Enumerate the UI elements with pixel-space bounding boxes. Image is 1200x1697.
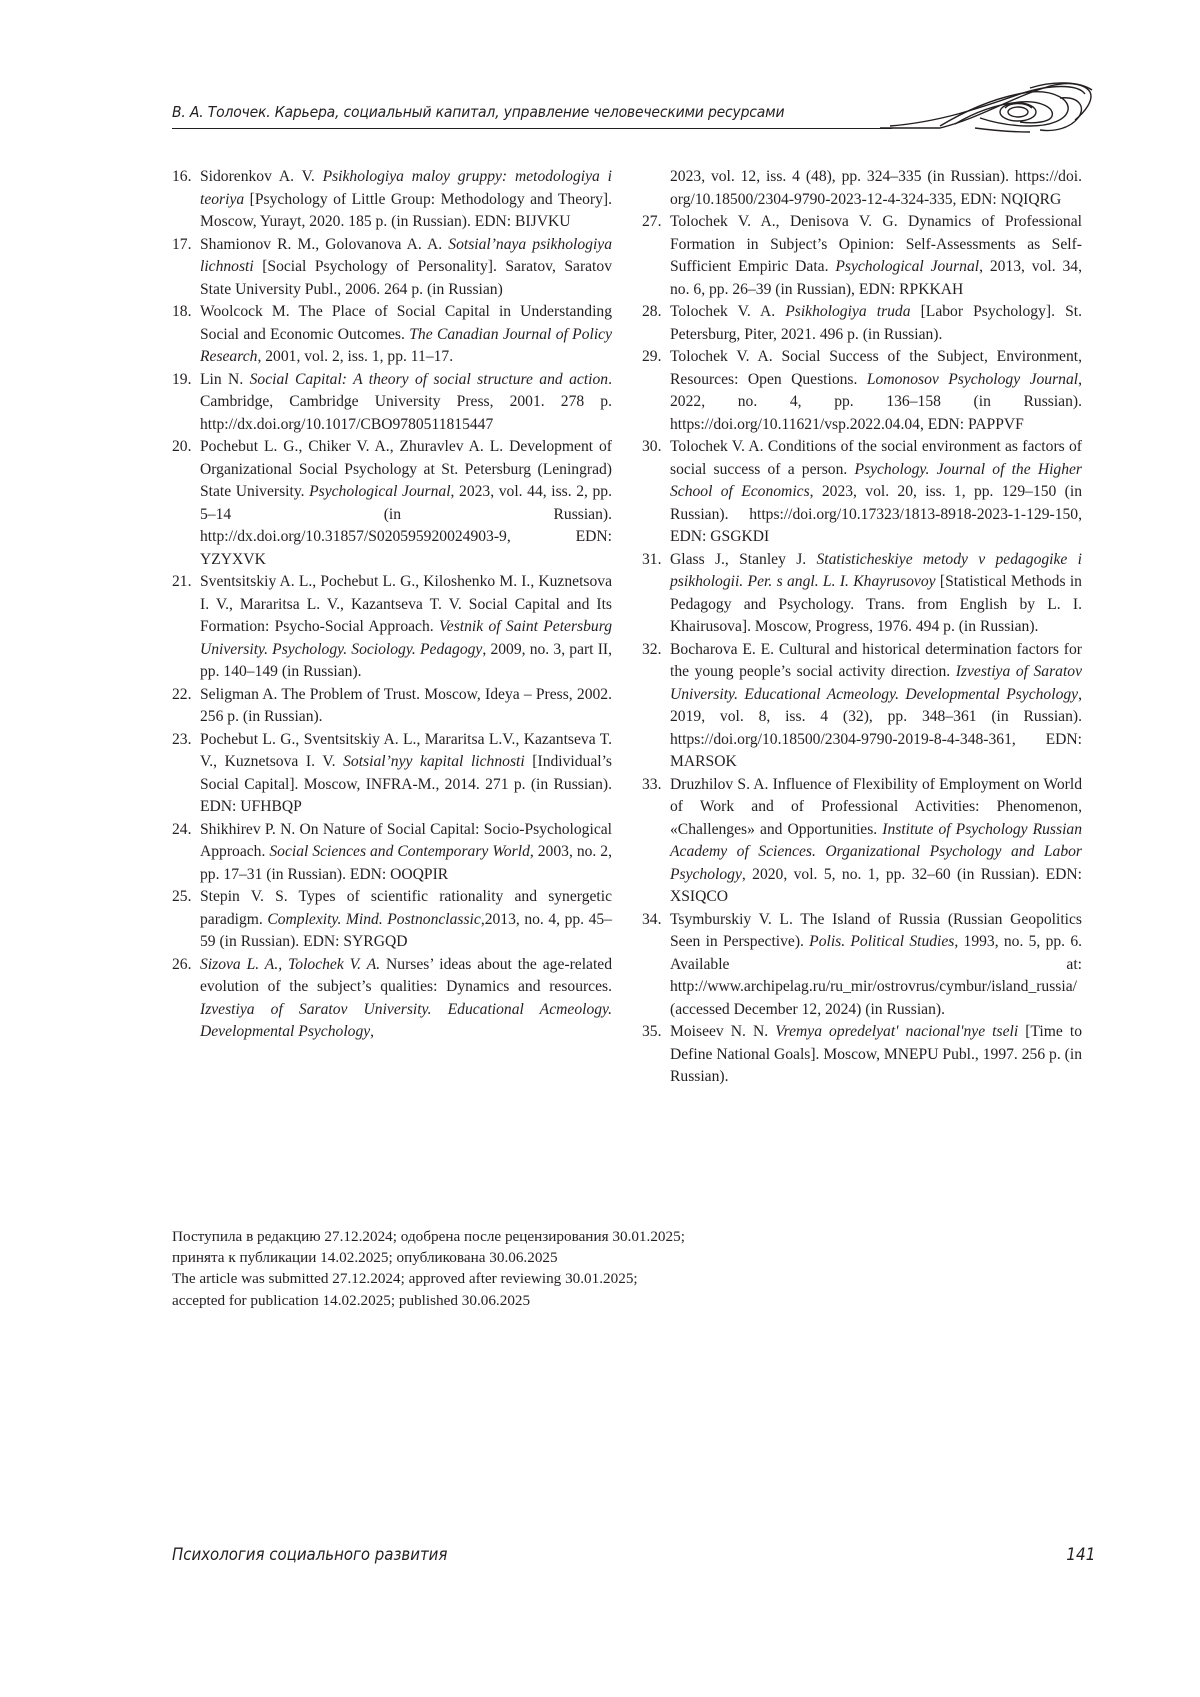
- reference-item: 25.Stepin V. S. Types of scientific rati…: [172, 886, 612, 954]
- reference-item: 35.Moiseev N. N. Vremya opredelyat' naci…: [642, 1021, 1082, 1089]
- reference-item: 24.Shikhirev P. N. On Nature of Social C…: [172, 819, 612, 887]
- reference-text: Glass J., Stanley J.: [670, 551, 816, 568]
- reference-item: 30.Tolochek V. A. Conditions of the soci…: [642, 436, 1082, 549]
- reference-title-italic: Izvestiya of Saratov University. Educati…: [200, 1001, 612, 1041]
- history-ru-line1: Поступила в редакцию 27.12.2024; одобрен…: [172, 1226, 872, 1247]
- reference-number: 16.: [172, 166, 192, 189]
- page-number: 141: [1066, 1545, 1095, 1565]
- reference-item: 26.Sizova L. A., Tolochek V. A. Nurses’ …: [172, 954, 612, 1044]
- reference-number: 34.: [642, 909, 662, 932]
- reference-title-italic: Psikhologiya truda: [785, 303, 910, 320]
- history-en-line2: accepted for publication 14.02.2025; pub…: [172, 1290, 872, 1311]
- reference-title-italic: Complexity. Mind. Postnonclassic: [267, 911, 480, 928]
- reference-number: 22.: [172, 684, 192, 707]
- reference-title-italic: Social Sciences and Contemporary World: [269, 843, 530, 860]
- header-rule: [172, 128, 892, 129]
- art-nouveau-ornament-icon: [880, 78, 1095, 136]
- reference-number: 30.: [642, 436, 662, 459]
- reference-text: ,: [370, 1023, 374, 1040]
- references-right-column: 2023, vol. 12, iss. 4 (48), pp. 324–335 …: [642, 166, 1082, 1089]
- reference-item: 31.Glass J., Stanley J. Statisticheskiye…: [642, 549, 1082, 639]
- reference-number: 25.: [172, 886, 192, 909]
- reference-number: 28.: [642, 301, 662, 324]
- article-history: Поступила в редакцию 27.12.2024; одобрен…: [172, 1226, 872, 1311]
- reference-number: 33.: [642, 774, 662, 797]
- history-en-line1: The article was submitted 27.12.2024; ap…: [172, 1268, 872, 1289]
- reference-item: 28.Tolochek V. A. Psikhologiya truda [La…: [642, 301, 1082, 346]
- reference-number: 19.: [172, 369, 192, 392]
- reference-text: , 2001, vol. 2, iss. 1, pp. 11–17.: [257, 348, 453, 365]
- reference-number: 23.: [172, 729, 192, 752]
- reference-number: 21.: [172, 571, 192, 594]
- reference-title-italic: Social Capital: A theory of social struc…: [250, 371, 608, 388]
- reference-title-italic: Psychological Journal: [309, 483, 450, 500]
- reference-number: 24.: [172, 819, 192, 842]
- reference-title-italic: Sotsial’nyy kapital lichnosti: [343, 753, 525, 770]
- reference-item: 23.Pochebut L. G., Sventsitskiy A. L., M…: [172, 729, 612, 819]
- reference-item: 19.Lin N. Social Capital: A theory of so…: [172, 369, 612, 437]
- history-ru-line2: принята к публикации 14.02.2025; опублик…: [172, 1247, 872, 1268]
- reference-title-italic: Sizova L. A., Tolochek V. A.: [200, 956, 380, 973]
- reference-title-italic: Polis. Political Studies: [809, 933, 954, 950]
- reference-continuation: 2023, vol. 12, iss. 4 (48), pp. 324–335 …: [642, 166, 1082, 211]
- reference-item: 29.Tolochek V. A. Social Success of the …: [642, 346, 1082, 436]
- reference-item: 34.Tsymburskiy V. L. The Island of Russi…: [642, 909, 1082, 1022]
- reference-text: Tolochek V. A.: [670, 303, 785, 320]
- reference-item: 20.Pochebut L. G., Chiker V. A., Zhuravl…: [172, 436, 612, 571]
- reference-text: Lin N.: [200, 371, 250, 388]
- reference-item: 21.Sventsitskiy A. L., Pochebut L. G., K…: [172, 571, 612, 684]
- reference-text: [Psychology of Little Group: Methodology…: [200, 191, 612, 231]
- reference-item: 22.Seligman A. The Problem of Trust. Mos…: [172, 684, 612, 729]
- reference-number: 31.: [642, 549, 662, 572]
- footer-journal-name: Психология социального развития: [172, 1545, 447, 1565]
- reference-item: 33.Druzhilov S. A. Influence of Flexibil…: [642, 774, 1082, 909]
- reference-number: 26.: [172, 954, 192, 977]
- reference-title-italic: Vremya opredelyat' nacional'nye tseli: [775, 1023, 1018, 1040]
- reference-number: 20.: [172, 436, 192, 459]
- reference-item: 18.Woolcock M. The Place of Social Capit…: [172, 301, 612, 369]
- reference-item: 27.Tolochek V. A., Denisova V. G. Dynami…: [642, 211, 1082, 301]
- reference-number: 32.: [642, 639, 662, 662]
- references-left-column: 16.Sidorenkov A. V. Psikhologiya maloy g…: [172, 166, 612, 1044]
- reference-text: Sidorenkov A. V.: [200, 168, 323, 185]
- reference-text: Shamionov R. M., Golovanova A. A.: [200, 236, 448, 253]
- reference-item: 16.Sidorenkov A. V. Psikhologiya maloy g…: [172, 166, 612, 234]
- reference-title-italic: Lomonosov Psychology Journal: [867, 371, 1078, 388]
- reference-number: 27.: [642, 211, 662, 234]
- running-title: В. А. Толочек. Карьера, социальный капит…: [172, 103, 784, 121]
- reference-item: 17.Shamionov R. M., Golovanova A. A. Sot…: [172, 234, 612, 302]
- reference-text: [Social Psychology of Personality]. Sara…: [200, 258, 612, 298]
- reference-title-italic: Psychological Journal: [835, 258, 979, 275]
- reference-number: 29.: [642, 346, 662, 369]
- reference-number: 17.: [172, 234, 192, 257]
- reference-text: Seligman A. The Problem of Trust. Moscow…: [200, 686, 612, 726]
- reference-number: 35.: [642, 1021, 662, 1044]
- reference-text: Moiseev N. N.: [670, 1023, 775, 1040]
- reference-item: 32.Bocharova E. E. Cultural and historic…: [642, 639, 1082, 774]
- reference-number: 18.: [172, 301, 192, 324]
